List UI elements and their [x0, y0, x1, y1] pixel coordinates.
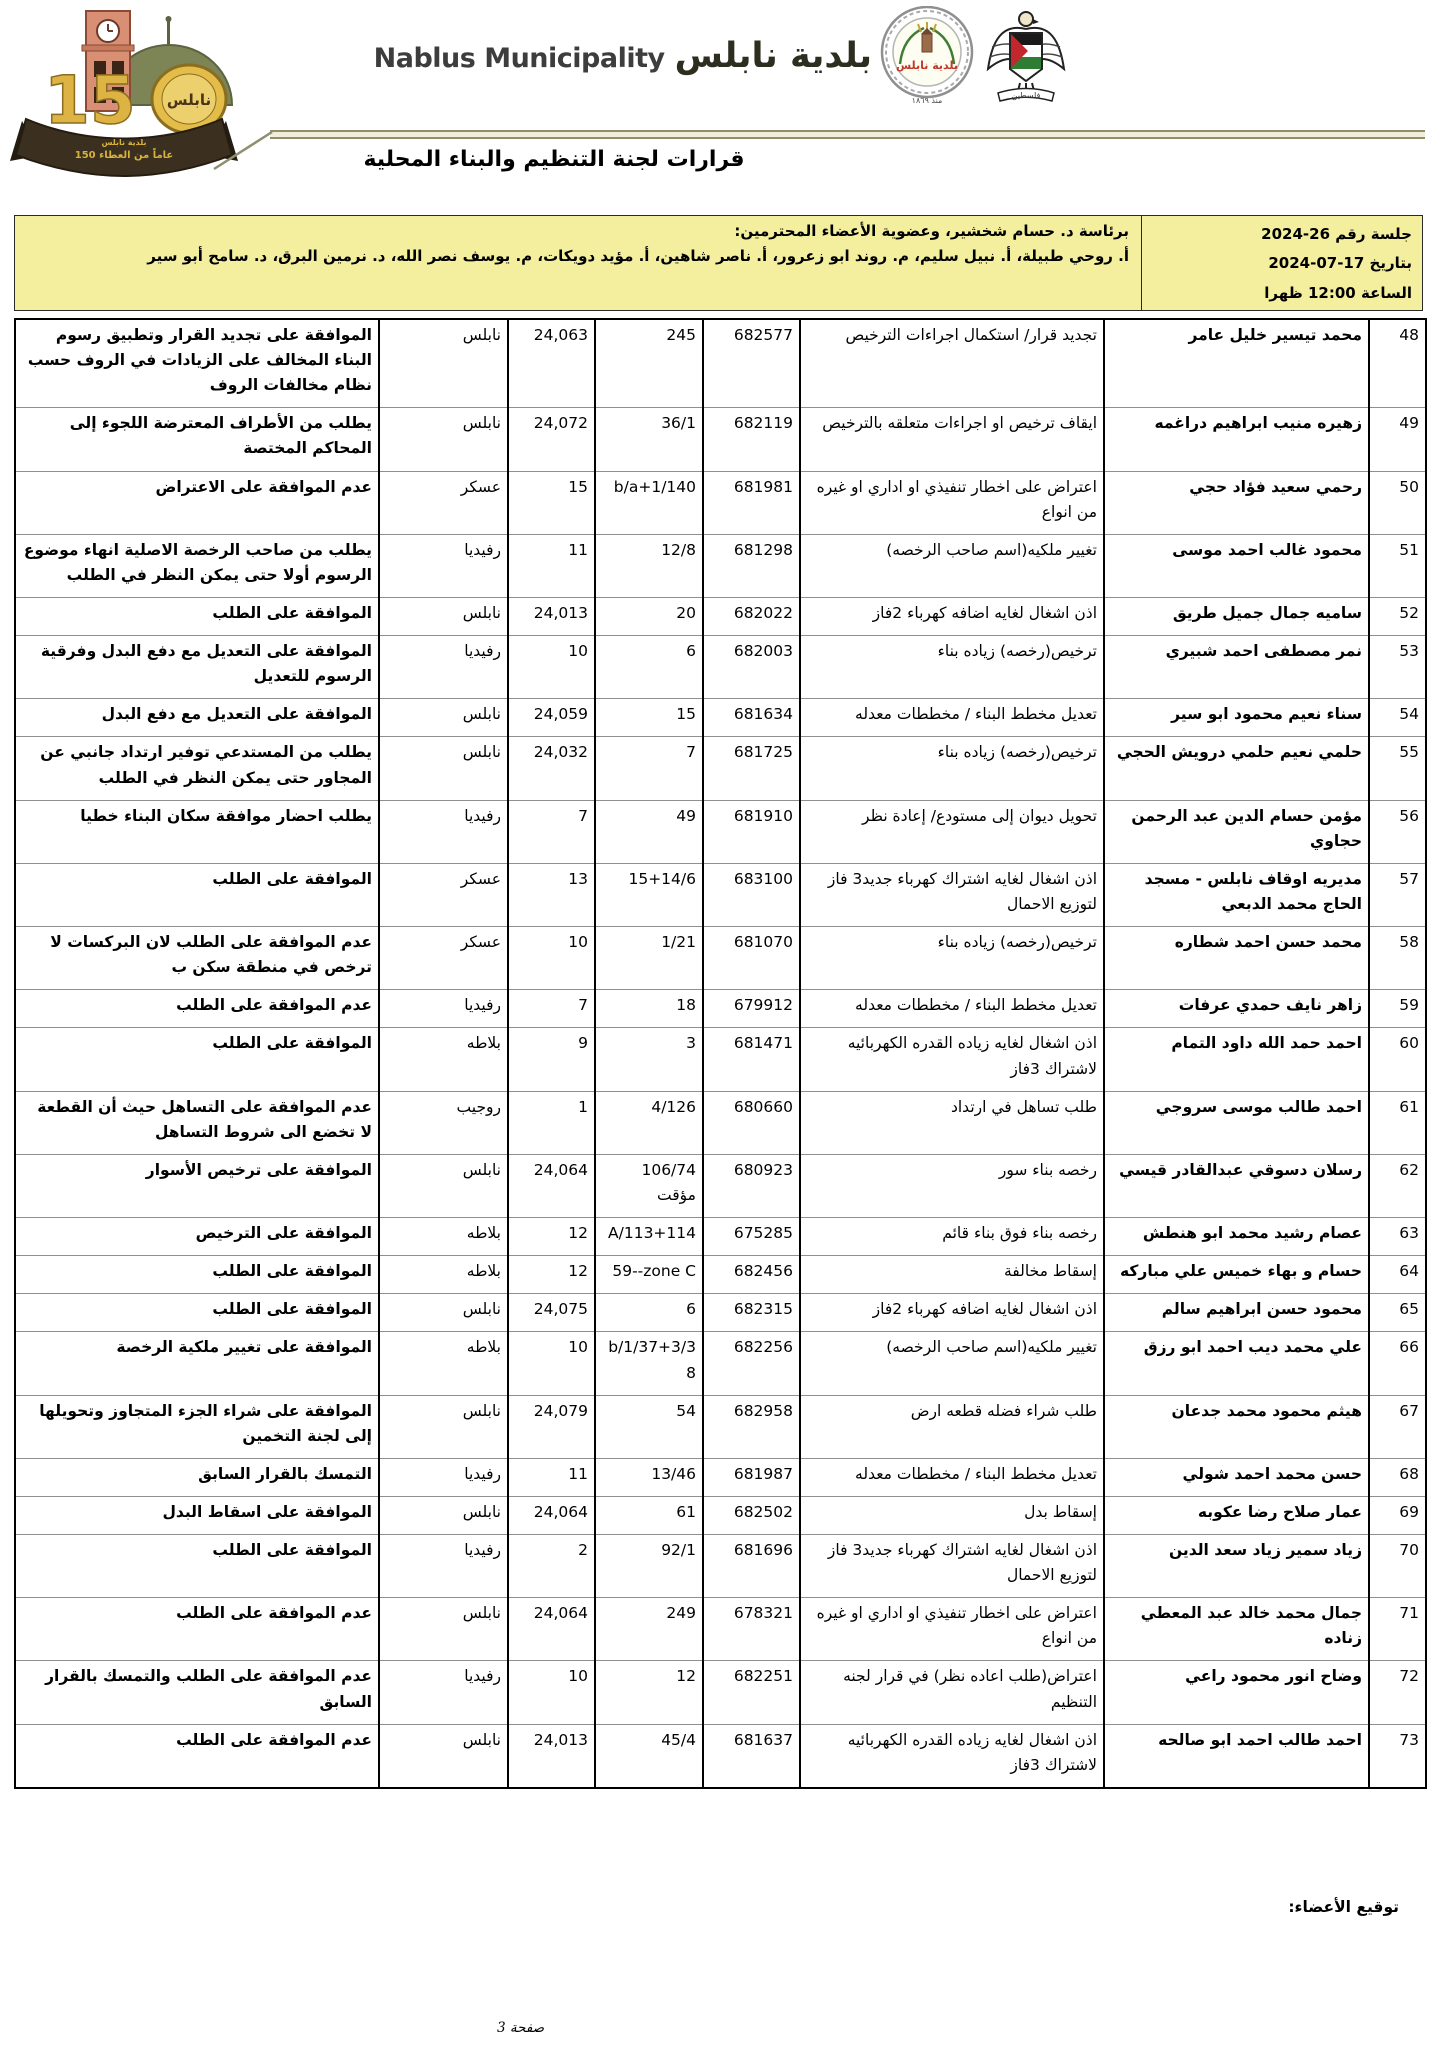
- cell-num: 54: [1369, 699, 1426, 737]
- cell-num: 71: [1369, 1598, 1426, 1661]
- cell-decision: الموافقة على الطلب: [15, 597, 379, 635]
- cell-parcel: 59--zone C: [595, 1256, 703, 1294]
- cell-decision: الموافقة على الطلب: [15, 1256, 379, 1294]
- cell-num: 58: [1369, 927, 1426, 990]
- cell-subject: اذن اشغال لغايه اضافه كهرباء 2فاز: [800, 597, 1104, 635]
- cell-num: 53: [1369, 636, 1426, 699]
- cell-name: وضاح انور محمود راعي: [1104, 1661, 1369, 1724]
- cell-num: 57: [1369, 863, 1426, 926]
- cell-decision: عدم الموافقة على الطلب: [15, 990, 379, 1028]
- cell-area: نابلس: [379, 699, 508, 737]
- cell-decision: الموافقة على تجديد القرار وتطبيق رسوم ال…: [15, 319, 379, 408]
- cell-parcel: 12/8: [595, 534, 703, 597]
- cell-subject: اذن اشغال لغايه اضافه كهرباء 2فاز: [800, 1294, 1104, 1332]
- cell-subject: رخصه بناء سور: [800, 1154, 1104, 1217]
- cell-name: زاهر نايف حمدي عرفات: [1104, 990, 1369, 1028]
- cell-subject: اعتراض على اخطار تنفيذي او اداري او غيره…: [800, 471, 1104, 534]
- cell-parcel: 4/126: [595, 1091, 703, 1154]
- cell-name: محمد حسن احمد شطاره: [1104, 927, 1369, 990]
- cell-subject: ترخيص(رخصه) زياده بناء: [800, 927, 1104, 990]
- cell-name: عصام رشيد محمد ابو هنطش: [1104, 1218, 1369, 1256]
- cell-num: 68: [1369, 1458, 1426, 1496]
- cell-block: 24,079: [508, 1395, 595, 1458]
- cell-file: 681696: [703, 1535, 800, 1598]
- cell-file: 682502: [703, 1496, 800, 1534]
- cell-num: 66: [1369, 1332, 1426, 1395]
- cell-parcel: 6: [595, 636, 703, 699]
- cell-decision: يطلب من المستدعي توفير ارتداد جانبي عن ا…: [15, 737, 379, 800]
- cell-subject: اذن اشغال لغايه زياده القدره الكهربائيه …: [800, 1724, 1104, 1788]
- table-row: 52ساميه جمال جميل طريقاذن اشغال لغايه اض…: [15, 597, 1426, 635]
- cell-parcel: 245: [595, 319, 703, 408]
- cell-file: 681987: [703, 1458, 800, 1496]
- cell-block: 10: [508, 1661, 595, 1724]
- cell-num: 67: [1369, 1395, 1426, 1458]
- cell-subject: إسقاط بدل: [800, 1496, 1104, 1534]
- cell-decision: عدم الموافقة على الطلب: [15, 1598, 379, 1661]
- cell-block: 13: [508, 863, 595, 926]
- cell-num: 52: [1369, 597, 1426, 635]
- cell-num: 56: [1369, 800, 1426, 863]
- cell-block: 9: [508, 1028, 595, 1091]
- cell-parcel: 3: [595, 1028, 703, 1091]
- cell-parcel: 1/21: [595, 927, 703, 990]
- cell-num: 73: [1369, 1724, 1426, 1788]
- cell-area: بلاطه: [379, 1256, 508, 1294]
- table-row: 62رسلان دسوقي عبدالقادر قيسيرخصه بناء سو…: [15, 1154, 1426, 1217]
- cell-block: 10: [508, 1332, 595, 1395]
- cell-num: 49: [1369, 408, 1426, 471]
- cell-decision: الموافقة على ترخيص الأسوار: [15, 1154, 379, 1217]
- cell-block: 12: [508, 1218, 595, 1256]
- cell-parcel: A/113+114: [595, 1218, 703, 1256]
- cell-area: رفيديا: [379, 636, 508, 699]
- cell-subject: تعديل مخطط البناء / مخططات معدله: [800, 699, 1104, 737]
- cell-name: حسام و بهاء خميس علي مباركه: [1104, 1256, 1369, 1294]
- table-row: 48محمد تيسير خليل عامرتجديد قرار/ استكما…: [15, 319, 1426, 408]
- cell-subject: طلب شراء فضله قطعه ارض: [800, 1395, 1104, 1458]
- table-row: 71جمال محمد خالد عبد المعطي زنادهاعتراض …: [15, 1598, 1426, 1661]
- cell-name: هيثم محمود محمد جدعان: [1104, 1395, 1369, 1458]
- cell-parcel: 92/1: [595, 1535, 703, 1598]
- cell-name: محمد تيسير خليل عامر: [1104, 319, 1369, 408]
- palestine-emblem: فلسطين: [982, 7, 1070, 105]
- cell-decision: عدم الموافقة على الطلب والتمسك بالقرار ا…: [15, 1661, 379, 1724]
- cell-area: رفيديا: [379, 534, 508, 597]
- emblem-banner-text: فلسطين: [1012, 91, 1041, 100]
- cell-decision: الموافقة على التعديل مع دفع البدل وفرقية…: [15, 636, 379, 699]
- table-row: 49زهيره منيب ابراهيم دراغمهايقاف ترخيص ا…: [15, 408, 1426, 471]
- session-info-box: جلسة رقم 26-2024 بتاريخ 17-07-2024 الساع…: [14, 215, 1423, 311]
- cell-parcel: 106/74 مؤقت: [595, 1154, 703, 1217]
- cell-name: محمود غالب احمد موسى: [1104, 534, 1369, 597]
- cell-file: 682577: [703, 319, 800, 408]
- cell-file: 681725: [703, 737, 800, 800]
- cell-subject: تغيير ملكيه(اسم صاحب الرخصه): [800, 1332, 1104, 1395]
- document-page: 15 نابلس بلدية نابلس 150 عاماً من العطاء…: [0, 0, 1439, 2048]
- cell-decision: الموافقة على التعديل مع دفع البدل: [15, 699, 379, 737]
- cell-file: 681637: [703, 1724, 800, 1788]
- cell-block: 10: [508, 636, 595, 699]
- cell-area: نابلس: [379, 319, 508, 408]
- table-row: 51محمود غالب احمد موسىتغيير ملكيه(اسم صا…: [15, 534, 1426, 597]
- anniversary-zero-calligraphy: نابلس: [167, 91, 211, 109]
- table-row: 64حسام و بهاء خميس علي مباركهإسقاط مخالف…: [15, 1256, 1426, 1294]
- cell-area: نابلس: [379, 408, 508, 471]
- table-row: 56مؤمن حسام الدين عبد الرحمن حجاويتحويل …: [15, 800, 1426, 863]
- cell-num: 72: [1369, 1661, 1426, 1724]
- cell-num: 63: [1369, 1218, 1426, 1256]
- session-number: جلسة رقم 26-2024: [1152, 220, 1412, 249]
- cell-decision: الموافقة على تغيير ملكية الرخصة: [15, 1332, 379, 1395]
- cell-parcel: 12: [595, 1661, 703, 1724]
- cell-parcel: 36/1: [595, 408, 703, 471]
- cell-file: 681634: [703, 699, 800, 737]
- cell-file: 678321: [703, 1598, 800, 1661]
- cell-decision: الموافقة على اسقاط البدل: [15, 1496, 379, 1534]
- cell-file: 675285: [703, 1218, 800, 1256]
- cell-parcel: b/1/37+3/38: [595, 1332, 703, 1395]
- cell-subject: تعديل مخطط البناء / مخططات معدله: [800, 1458, 1104, 1496]
- cell-parcel: 15: [595, 699, 703, 737]
- cell-decision: عدم الموافقة على التساهل حيث أن القطعة ل…: [15, 1091, 379, 1154]
- cell-file: 682003: [703, 636, 800, 699]
- header-brand: Nablus Municipality بلدية نابلس بلدية نا…: [374, 6, 1070, 106]
- cell-parcel: 6: [595, 1294, 703, 1332]
- cell-decision: عدم الموافقة على الطلب لان البركسات لا ت…: [15, 927, 379, 990]
- cell-file: 682119: [703, 408, 800, 471]
- brand-text: Nablus Municipality بلدية نابلس: [374, 36, 872, 76]
- cell-parcel: 61: [595, 1496, 703, 1534]
- cell-file: 682315: [703, 1294, 800, 1332]
- cell-area: نابلس: [379, 1496, 508, 1534]
- cell-name: حسن محمد احمد شولي: [1104, 1458, 1369, 1496]
- municipality-seal: بلدية نابلس منذ ١٨٦٩: [880, 6, 974, 106]
- table-row: 58محمد حسن احمد شطارهترخيص(رخصه) زياده ب…: [15, 927, 1426, 990]
- cell-area: رفيديا: [379, 990, 508, 1028]
- table-row: 67هيثم محمود محمد جدعانطلب شراء فضله قطع…: [15, 1395, 1426, 1458]
- cell-file: 682958: [703, 1395, 800, 1458]
- cell-parcel: b/a+1/140: [595, 471, 703, 534]
- cell-area: نابلس: [379, 737, 508, 800]
- cell-area: رفيديا: [379, 1661, 508, 1724]
- cell-block: 24,013: [508, 597, 595, 635]
- session-date: بتاريخ 17-07-2024: [1152, 249, 1412, 278]
- cell-num: 60: [1369, 1028, 1426, 1091]
- cell-block: 24,063: [508, 319, 595, 408]
- table-row: 53نمر مصطفى احمد شبيريترخيص(رخصه) زياده …: [15, 636, 1426, 699]
- cell-decision: الموافقة على الترخيص: [15, 1218, 379, 1256]
- seal-tower-icon: [922, 34, 932, 52]
- cell-name: احمد طالب احمد ابو صالحه: [1104, 1724, 1369, 1788]
- cell-decision: عدم الموافقة على الاعتراض: [15, 471, 379, 534]
- cell-subject: اذن اشغال لغايه اشتراك كهرباء جديد3 فاز …: [800, 863, 1104, 926]
- cell-block: 24,072: [508, 408, 595, 471]
- cell-parcel: 249: [595, 1598, 703, 1661]
- members-signature-label: توقيع الأعضاء:: [1288, 1898, 1399, 1916]
- cell-parcel: 20: [595, 597, 703, 635]
- cell-block: 24,064: [508, 1496, 595, 1534]
- seal-name: بلدية نابلس: [896, 59, 958, 72]
- cell-subject: ترخيص(رخصه) زياده بناء: [800, 636, 1104, 699]
- cell-subject: ترخيص(رخصه) زياده بناء: [800, 737, 1104, 800]
- cell-name: زهيره منيب ابراهيم دراغمه: [1104, 408, 1369, 471]
- cell-file: 680660: [703, 1091, 800, 1154]
- cell-file: 679912: [703, 990, 800, 1028]
- cell-name: عمار صلاح رضا عكوبه: [1104, 1496, 1369, 1534]
- cell-area: نابلس: [379, 1598, 508, 1661]
- session-members-line: أ. روحي طبيلة، أ. نبيل سليم، م. روند ابو…: [27, 247, 1129, 265]
- cell-area: عسكر: [379, 927, 508, 990]
- cell-name: محمود حسن ابراهيم سالم: [1104, 1294, 1369, 1332]
- table-row: 68حسن محمد احمد شوليتعديل مخطط البناء / …: [15, 1458, 1426, 1496]
- cell-num: 64: [1369, 1256, 1426, 1294]
- cell-subject: إسقاط مخالفة: [800, 1256, 1104, 1294]
- session-meta: جلسة رقم 26-2024 بتاريخ 17-07-2024 الساع…: [1141, 216, 1422, 310]
- cell-num: 61: [1369, 1091, 1426, 1154]
- municipality-name-ar: بلدية نابلس: [675, 36, 872, 76]
- cell-num: 62: [1369, 1154, 1426, 1217]
- cell-name: حلمي نعيم حلمي درويش الحجي: [1104, 737, 1369, 800]
- cell-decision: الموافقة على الطلب: [15, 863, 379, 926]
- session-time: الساعة 12:00 ظهرا: [1152, 279, 1412, 308]
- cell-file: 683100: [703, 863, 800, 926]
- cell-decision: الموافقة على الطلب: [15, 1028, 379, 1091]
- cell-num: 51: [1369, 534, 1426, 597]
- table-row: 57مديريه اوقاف نابلس - مسجد الحاج محمد ا…: [15, 863, 1426, 926]
- cell-subject: اعتراض(طلب اعاده نظر) في قرار لجنه التنظ…: [800, 1661, 1104, 1724]
- cell-block: 11: [508, 1458, 595, 1496]
- cell-block: 15: [508, 471, 595, 534]
- cell-area: نابلس: [379, 597, 508, 635]
- cell-subject: اذن اشغال لغايه زياده القدره الكهربائيه …: [800, 1028, 1104, 1091]
- cell-num: 65: [1369, 1294, 1426, 1332]
- page-number: صفحة 3: [497, 2020, 544, 2036]
- cell-block: 24,064: [508, 1154, 595, 1217]
- cell-name: رحمي سعيد فؤاد حجي: [1104, 471, 1369, 534]
- cell-area: رفيديا: [379, 1458, 508, 1496]
- cell-name: جمال محمد خالد عبد المعطي زناده: [1104, 1598, 1369, 1661]
- decisions-table: 48محمد تيسير خليل عامرتجديد قرار/ استكما…: [14, 318, 1427, 1789]
- cell-area: بلاطه: [379, 1028, 508, 1091]
- cell-block: 24,032: [508, 737, 595, 800]
- cell-parcel: 45/4: [595, 1724, 703, 1788]
- cell-subject: تحويل ديوان إلى مستودع/ إعادة نظر: [800, 800, 1104, 863]
- cell-name: رسلان دسوقي عبدالقادر قيسي: [1104, 1154, 1369, 1217]
- table-row: 70زياد سمير زياد سعد الديناذن اشغال لغاي…: [15, 1535, 1426, 1598]
- cell-num: 70: [1369, 1535, 1426, 1598]
- table-row: 63عصام رشيد محمد ابو هنطشرخصه بناء فوق ب…: [15, 1218, 1426, 1256]
- cell-block: 24,013: [508, 1724, 595, 1788]
- page-title: قرارات لجنة التنظيم والبناء المحلية: [14, 147, 1094, 172]
- cell-decision: الموافقة على شراء الجزء المتجاوز وتحويله…: [15, 1395, 379, 1458]
- cell-parcel: 15+14/6: [595, 863, 703, 926]
- cell-decision: يطلب من الأطراف المعترضة اللجوء إلى المح…: [15, 408, 379, 471]
- cell-name: ساميه جمال جميل طريق: [1104, 597, 1369, 635]
- cell-num: 48: [1369, 319, 1426, 408]
- session-attendees: برئاسة د. حسام شخشير، وعضوية الأعضاء الم…: [15, 216, 1141, 310]
- municipality-name-en: Nablus Municipality: [374, 43, 665, 74]
- cell-area: نابلس: [379, 1154, 508, 1217]
- cell-block: 1: [508, 1091, 595, 1154]
- cell-decision: الموافقة على الطلب: [15, 1294, 379, 1332]
- cell-block: 24,059: [508, 699, 595, 737]
- cell-decision: عدم الموافقة على الطلب: [15, 1724, 379, 1788]
- cell-name: مؤمن حسام الدين عبد الرحمن حجاوي: [1104, 800, 1369, 863]
- cell-file: 682256: [703, 1332, 800, 1395]
- cell-name: احمد طالب موسى سروجي: [1104, 1091, 1369, 1154]
- cell-area: عسكر: [379, 471, 508, 534]
- cell-block: 7: [508, 990, 595, 1028]
- cell-file: 681981: [703, 471, 800, 534]
- cell-file: 682022: [703, 597, 800, 635]
- cell-num: 55: [1369, 737, 1426, 800]
- cell-area: بلاطه: [379, 1332, 508, 1395]
- cell-subject: رخصه بناء فوق بناء قائم: [800, 1218, 1104, 1256]
- table-row: 55حلمي نعيم حلمي درويش الحجيترخيص(رخصه) …: [15, 737, 1426, 800]
- cell-subject: اذن اشغال لغايه اشتراك كهرباء جديد3 فاز …: [800, 1535, 1104, 1598]
- session-chair-line: برئاسة د. حسام شخشير، وعضوية الأعضاء الم…: [27, 222, 1129, 240]
- cell-area: نابلس: [379, 1395, 508, 1458]
- cell-area: رفيديا: [379, 800, 508, 863]
- cell-block: 24,075: [508, 1294, 595, 1332]
- cell-parcel: 54: [595, 1395, 703, 1458]
- cell-subject: تعديل مخطط البناء / مخططات معدله: [800, 990, 1104, 1028]
- cell-area: نابلس: [379, 1724, 508, 1788]
- cell-subject: اعتراض على اخطار تنفيذي او اداري او غيره…: [800, 1598, 1104, 1661]
- cell-num: 50: [1369, 471, 1426, 534]
- cell-area: عسكر: [379, 863, 508, 926]
- cell-parcel: 49: [595, 800, 703, 863]
- anniversary-number: 15: [44, 62, 136, 139]
- cell-num: 69: [1369, 1496, 1426, 1534]
- table-row: 59زاهر نايف حمدي عرفاتتعديل مخطط البناء …: [15, 990, 1426, 1028]
- table-row: 65محمود حسن ابراهيم سالماذن اشغال لغايه …: [15, 1294, 1426, 1332]
- cell-decision: التمسك بالقرار السابق: [15, 1458, 379, 1496]
- cell-block: 11: [508, 534, 595, 597]
- cell-decision: الموافقة على الطلب: [15, 1535, 379, 1598]
- cell-subject: ايقاف ترخيص او اجراءات متعلقه بالترخيص: [800, 408, 1104, 471]
- cell-subject: تجديد قرار/ استكمال اجراءات الترخيص: [800, 319, 1104, 408]
- table-row: 61احمد طالب موسى سروجيطلب تساهل في ارتدا…: [15, 1091, 1426, 1154]
- table-row: 73احمد طالب احمد ابو صالحهاذن اشغال لغاي…: [15, 1724, 1426, 1788]
- cell-file: 681070: [703, 927, 800, 990]
- cell-name: علي محمد ديب احمد ابو رزق: [1104, 1332, 1369, 1395]
- cell-file: 680923: [703, 1154, 800, 1217]
- table-row: 69عمار صلاح رضا عكوبهإسقاط بدل6825026124…: [15, 1496, 1426, 1534]
- cell-name: مديريه اوقاف نابلس - مسجد الحاج محمد الد…: [1104, 863, 1369, 926]
- cell-num: 59: [1369, 990, 1426, 1028]
- table-row: 66علي محمد ديب احمد ابو رزقتغيير ملكيه(ا…: [15, 1332, 1426, 1395]
- cell-file: 681910: [703, 800, 800, 863]
- cell-name: احمد حمد الله داود التمام: [1104, 1028, 1369, 1091]
- cell-block: 24,064: [508, 1598, 595, 1661]
- cell-file: 682456: [703, 1256, 800, 1294]
- cell-file: 682251: [703, 1661, 800, 1724]
- flag-shield-icon: [1010, 33, 1042, 81]
- cell-area: نابلس: [379, 1294, 508, 1332]
- table-row: 54سناء نعيم محمود ابو سيرتعديل مخطط البن…: [15, 699, 1426, 737]
- cell-area: روجيب: [379, 1091, 508, 1154]
- cell-file: 681298: [703, 534, 800, 597]
- cell-block: 10: [508, 927, 595, 990]
- cell-name: زياد سمير زياد سعد الدين: [1104, 1535, 1369, 1598]
- cell-subject: تغيير ملكيه(اسم صاحب الرخصه): [800, 534, 1104, 597]
- cell-parcel: 7: [595, 737, 703, 800]
- cell-parcel: 18: [595, 990, 703, 1028]
- table-row: 72وضاح انور محمود راعياعتراض(طلب اعاده ن…: [15, 1661, 1426, 1724]
- cell-decision: يطلب احضار موافقة سكان البناء خطيا: [15, 800, 379, 863]
- cell-subject: طلب تساهل في ارتداد: [800, 1091, 1104, 1154]
- cell-parcel: 13/46: [595, 1458, 703, 1496]
- cell-block: 7: [508, 800, 595, 863]
- cell-block: 2: [508, 1535, 595, 1598]
- cell-decision: يطلب من صاحب الرخصة الاصلية انهاء موضوع …: [15, 534, 379, 597]
- cell-area: رفيديا: [379, 1535, 508, 1598]
- cell-file: 681471: [703, 1028, 800, 1091]
- table-row: 60احمد حمد الله داود التماماذن اشغال لغا…: [15, 1028, 1426, 1091]
- cell-name: سناء نعيم محمود ابو سير: [1104, 699, 1369, 737]
- cell-area: بلاطه: [379, 1218, 508, 1256]
- table-row: 50رحمي سعيد فؤاد حجياعتراض على اخطار تنف…: [15, 471, 1426, 534]
- cell-block: 12: [508, 1256, 595, 1294]
- cell-name: نمر مصطفى احمد شبيري: [1104, 636, 1369, 699]
- seal-since: منذ ١٨٦٩: [912, 96, 943, 105]
